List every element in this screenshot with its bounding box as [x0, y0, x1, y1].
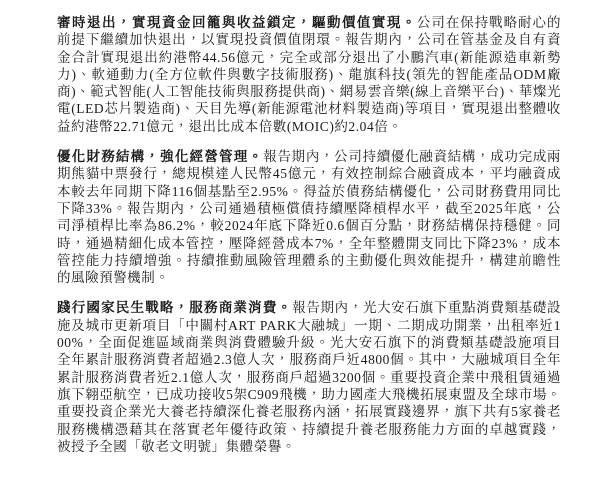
- paragraph-lead-financial-structure: 優化財務結構，強化經營管理。: [57, 149, 263, 164]
- paragraph-livelihood-strategy: 踐行國家民生戰略，服務商業消費。報告期內，光大安石旗下重點消費類基礎設施及城市更…: [57, 299, 561, 455]
- paragraph-body-livelihood-strategy: 報告期內，光大安石旗下重點消費類基礎設施及城市更新項目「中關村ART PARK大…: [57, 300, 561, 453]
- paragraph-body-exit-strategy: 公司在保持戰略耐心的前提下繼續加快退出，以實現投資價值閉環。報告期內，公司在管基…: [57, 15, 561, 134]
- paragraph-body-financial-structure: 報告期內，公司持續優化融資結構，成功完成兩期熊貓中票發行，總規模達人民幣45億元…: [57, 149, 561, 285]
- document-page: 審時退出，實現資金回籠與收益鎖定，驅動價值實現。公司在保持戰略耐心的前提下繼續加…: [0, 0, 613, 500]
- paragraph-lead-exit-strategy: 審時退出，實現資金回籠與收益鎖定，驅動價值實現。: [57, 15, 417, 30]
- paragraph-exit-strategy: 審時退出，實現資金回籠與收益鎖定，驅動價值實現。公司在保持戰略耐心的前提下繼續加…: [57, 14, 561, 135]
- paragraph-financial-structure: 優化財務結構，強化經營管理。報告期內，公司持續優化融資結構，成功完成兩期熊貓中票…: [57, 148, 561, 286]
- paragraph-lead-livelihood-strategy: 踐行國家民生戰略，服務商業消費。: [57, 300, 292, 315]
